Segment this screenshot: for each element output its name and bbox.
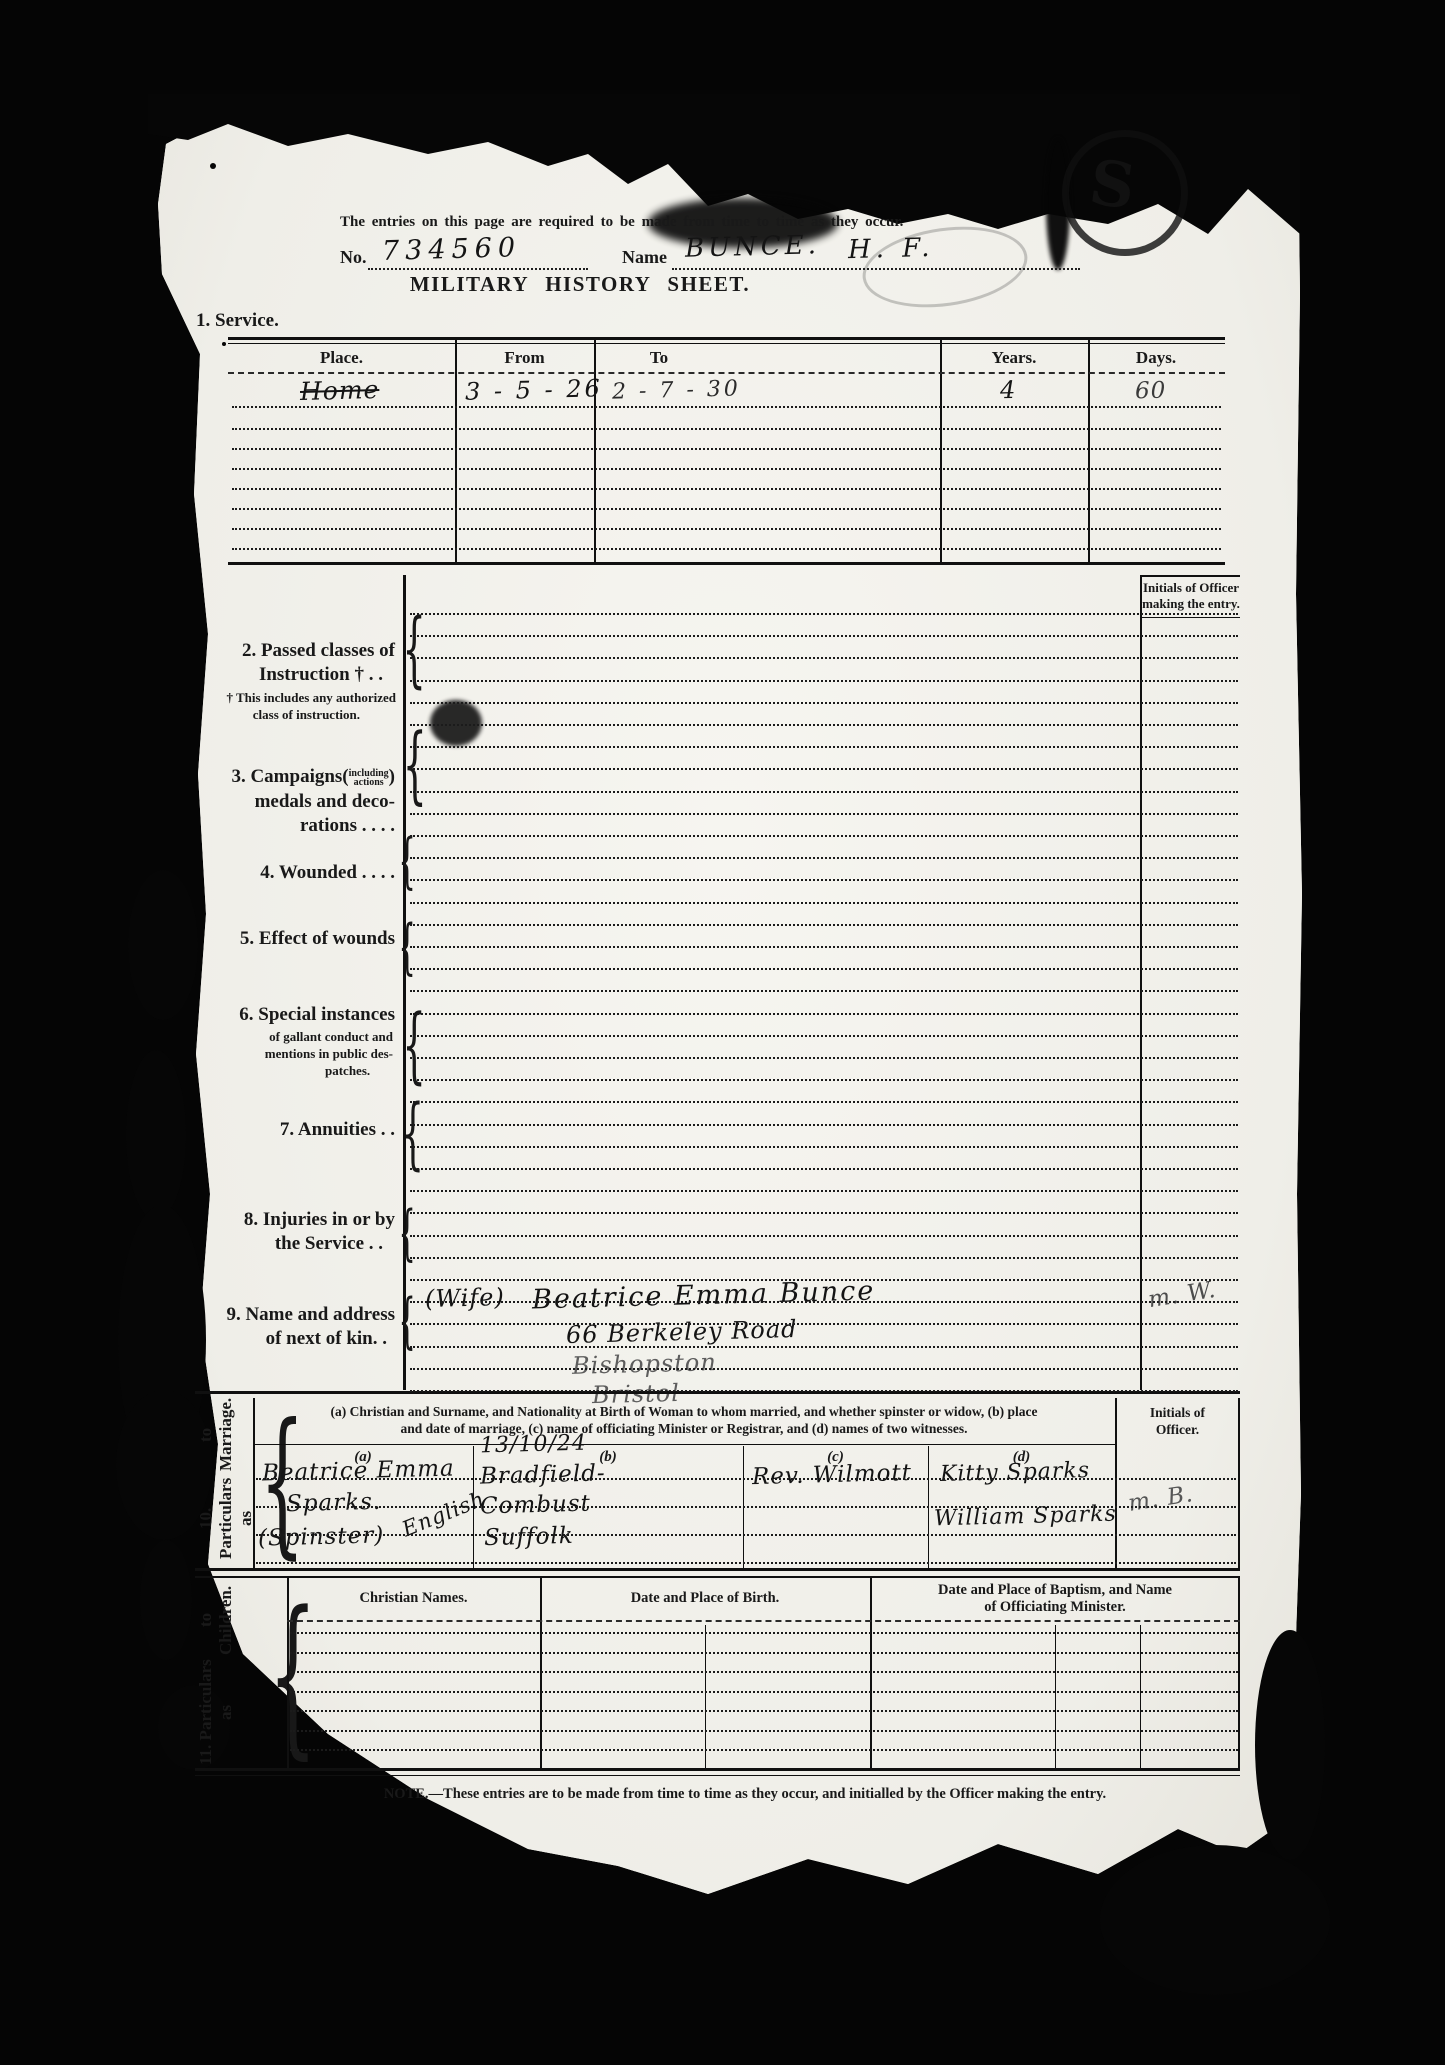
sections-ruled-line [410,1301,1238,1303]
section-8-line2: the Service . . [183,1233,383,1255]
sections-ruled-line [410,1190,1238,1192]
sections-ruled-line [410,1168,1238,1170]
officer-box-line2: making the entry. [1142,596,1240,612]
service-table-top-rule [228,337,1225,340]
service-empty-ruled-line [232,548,1221,550]
children-inner-divider-1 [705,1625,706,1768]
sections-ruled-line [410,746,1238,748]
children-bottom-rule-inner [195,1775,1240,1776]
footer-note: NOTE.—These entries are to be made from … [280,1786,1210,1803]
sections-ruled-line [410,902,1238,904]
children-side-label: 11. Particulars as to Children. [196,1582,244,1767]
surname-handwritten: BUNCE. [685,230,821,264]
sections-ruled-line [410,768,1238,770]
section-3-close-paren: ) [389,766,395,787]
marriage-ruled-line [256,1506,1236,1508]
marriage-side-line2: to Marriage. [196,1398,256,1471]
next-of-kin-address2: Bishopston [572,1348,717,1380]
marriage-wife-status: (Spinster) [258,1522,385,1551]
section-7-line1: 7. Annuities . . [183,1119,395,1141]
sections-ruled-line [410,857,1238,859]
children-ruled-line [290,1652,1238,1654]
section-6-note2: mentions in public des- [183,1046,393,1062]
sections-ruled-line [410,657,1238,659]
scanned-document: S The entries on this page are required … [0,0,1445,2065]
sections-ruled-line [410,1035,1238,1037]
sections-ruled-line [410,1146,1238,1148]
children-ruled-line [290,1691,1238,1693]
children-col1-header: Christian Names. [287,1590,540,1607]
sections-ruled-line [410,1101,1238,1103]
section-3-paren-stack: includingactions [349,769,389,787]
sections-ruled-line [410,680,1238,682]
marriage-officer-header1: Initials of [1117,1404,1238,1421]
children-inner-divider-2 [1055,1625,1056,1768]
brace-section-11 [268,1582,317,1767]
section-3-line3: rations . . . . [183,815,395,837]
next-of-kin-relation: (Wife) [425,1283,505,1313]
children-top-rule [195,1576,1240,1578]
marriage-header-underline [253,1444,1115,1445]
children-right-border [1238,1578,1240,1768]
sections-ruled-line [410,1279,1238,1281]
section-9-line2: of next of kin. . [183,1328,387,1350]
section-9-line1: 9. Name and address [183,1304,395,1326]
sections-ruled-line [410,1079,1238,1081]
marriage-place2: Combust [480,1491,591,1520]
no-label: No. [340,247,367,268]
marriage-side-label: 10. Particulars as to Marriage. [196,1398,244,1566]
brace-section-7 [402,1092,424,1176]
service-number-handwritten: 734560 [382,232,522,267]
children-officer-divider [1140,1625,1141,1768]
sections-ruled-line [410,990,1238,992]
marriage-minister: Rev. Wilmott [752,1460,913,1490]
sections-ruled-line [410,613,1238,615]
section-1-label: 1. Service. [196,310,279,332]
scan-corner-blot [1100,1845,1330,1995]
marriage-witness1: Kitty Sparks [940,1458,1091,1487]
sections-ruled-line [410,724,1238,726]
no-ruled-line [368,268,588,270]
service-days-value: 60 [1135,378,1167,405]
marriage-ruled-line [256,1562,1236,1564]
service-empty-ruled-line [232,468,1221,470]
marriage-ruled-line [256,1534,1236,1536]
brace-section-3 [403,718,427,810]
officer-box-line1: Initials of Officer [1142,580,1240,596]
sections-ruled-line [410,1323,1238,1325]
sections-ruled-line [410,879,1238,881]
marriage-bottom-rule [195,1568,1240,1571]
marriage-header-line1: (a) Christian and Surname, and Nationali… [258,1403,1110,1420]
children-side-line2: to Children. [196,1582,236,1658]
children-header-underline [287,1620,1240,1622]
ink-speck [210,163,216,169]
service-table-top-rule-inner [228,343,1225,344]
service-table-bottom-rule [228,562,1225,565]
marriage-ruled-line [256,1478,1236,1480]
section-2-footnote2: class of instruction. [160,707,360,723]
service-empty-ruled-line [232,448,1221,450]
brace-section-9 [399,1288,416,1354]
service-entry-ruled-line [232,406,1221,408]
section-3-line1: 3. Campaigns(includingactions) [183,766,395,788]
marriage-left-border [253,1398,255,1568]
children-ruled-line [290,1749,1238,1751]
col-header-place: Place. [228,348,455,368]
section-8-line1: 8. Injuries in or by [183,1209,395,1231]
children-col2-header: Date and Place of Birth. [540,1590,870,1607]
sections-ruled-line [410,924,1238,926]
marriage-place1: Bradfield- [480,1460,606,1489]
service-header-underline [228,372,1225,374]
sections-ruled-line [410,1346,1238,1348]
children-bottom-rule [195,1768,1240,1771]
section-3-line2: medals and deco- [183,791,395,813]
children-col3-header1: Date and Place of Baptism, and Name [872,1582,1238,1599]
service-empty-ruled-line [232,488,1221,490]
initials-handwritten: H. F. [848,233,935,265]
service-empty-ruled-line [232,428,1221,430]
name-label: Name [622,247,667,268]
top-note: The entries on this page are required to… [340,214,1085,231]
col-header-days: Days. [1088,348,1224,368]
col-header-years: Years. [940,348,1088,368]
sections-ruled-line [410,1368,1238,1370]
section-6-line1: 6. Special instances [183,1004,395,1026]
service-from-value: 3 - 5 - 26 [465,374,603,406]
service-place-value: Home [300,375,380,406]
marriage-wife-name2: Sparks. [286,1489,382,1517]
section-4-line1: 4. Wounded . . . . [183,862,395,884]
officer-box-top [1140,575,1240,577]
scan-edge-blot [140,1540,192,1660]
sections-ruled-line [410,1057,1238,1059]
sections-ruled-line [410,835,1238,837]
officer-column-divider [1140,575,1142,1390]
service-to-value: 2 - 7 - 30 [612,376,741,404]
col-header-to: To [594,348,724,368]
name-ruled-line [672,268,1080,270]
children-ruled-line [290,1632,1238,1634]
section-6-note3: patches. [183,1063,478,1079]
sections-ruled-line [410,1013,1238,1015]
marriage-officer-header2: Officer. [1117,1421,1238,1438]
page-title: MILITARY HISTORY SHEET. [300,272,860,297]
sections-ruled-line [410,1124,1238,1126]
service-empty-ruled-line [232,508,1221,510]
section-6-note1: of gallant conduct and [183,1029,393,1045]
section-2-line1: 2. Passed classes of [183,640,395,662]
section-2-footnote1: † This includes any authorized [172,690,396,706]
section-2-line2: Instruction † . . [183,664,383,686]
sections-ruled-line [410,813,1238,815]
children-ruled-line [290,1710,1238,1712]
col-header-from: From [455,348,594,368]
children-ruled-line [290,1730,1238,1732]
sections-ruled-line [410,635,1238,637]
children-ruled-line [290,1671,1238,1673]
scan-edge-blot [1255,1630,1325,1860]
sections-ruled-line [410,968,1238,970]
marriage-header-line2: and date of marriage, (c) name of offici… [258,1420,1110,1437]
section-3-text: 3. Campaigns( [231,766,348,787]
ink-speck [222,342,226,346]
sections-ruled-line [410,791,1238,793]
section-5-line1: 5. Effect of wounds [183,928,395,950]
marriage-side-line1: 10. Particulars as [196,1471,256,1566]
section-3-sup2: actions [349,778,389,787]
service-years-value: 4 [1000,376,1017,404]
marriage-wife-name1: Beatrice Emma [262,1455,455,1486]
sections-ruled-line [410,1390,1238,1392]
brace-section-4 [399,828,416,894]
sections-ruled-line [410,1212,1238,1214]
service-empty-ruled-line [232,528,1221,530]
children-side-line1: 11. Particulars as [196,1658,236,1767]
sections-ruled-line [410,1257,1238,1259]
children-col3-header2: of Officiating Minister. [872,1599,1238,1616]
sections-ruled-line [410,1235,1238,1237]
marriage-right-border [1238,1398,1240,1568]
marriage-place3: Suffolk [484,1523,574,1551]
scan-edge-blot [126,1050,186,1220]
officer-box-bottom [1140,617,1240,618]
marriage-date: 13/10/24 [480,1431,587,1459]
ink-blot [430,700,482,746]
sections-ruled-line [410,946,1238,948]
sections-ruled-line [410,702,1238,704]
